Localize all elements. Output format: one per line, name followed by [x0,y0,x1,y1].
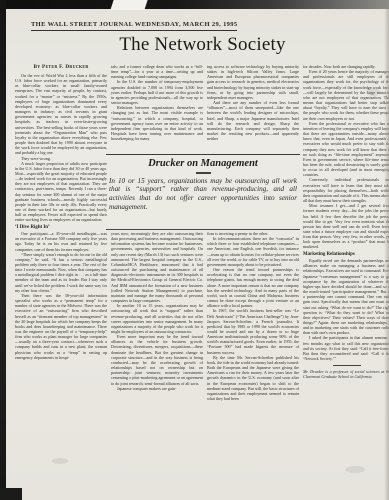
pullquote-text: In 10 or 15 years, organizations may be … [109,177,297,212]
page-edge-shadow-right [384,8,389,500]
paragraph: In another 10 or 15 years, organizations… [111,303,203,334]
masthead: THE WALL STREET JOURNAL WEDNESDAY, MARCH… [31,21,237,31]
column-3-upper: ing access to software technology by buy… [207,64,299,153]
scan-edge-top [0,0,389,9]
paragraph: In telecommunications there are the “con… [207,236,299,267]
scan-corner-bottom-left [0,488,22,500]
scan-smudge [52,458,68,464]
paragraph: ing access to software technology by buy… [207,64,299,100]
paragraph: Conversely, individual professionals and… [303,177,389,203]
paragraph: One reason the trend toward partnerships… [207,267,299,308]
paragraph: And there are any number of even less fo… [207,100,299,141]
subhead-marketing-relationships: Marketing Relationships [303,252,389,257]
byline: By Peter F. Drucker [15,64,107,70]
paragraph: Relations between organizations themselv… [111,105,203,141]
paragraph: Japanese computer makers are gain- [111,386,203,391]
pullquote-box: Drucker on Management In 10 or 15 years,… [106,154,300,230]
column-1: By Peter F. Drucker On the eve of World … [15,64,107,440]
column-4: for decades. Now both are changing rapid… [303,64,389,440]
paragraph: In 1967, the world's business best-selle… [207,308,299,354]
scan-tear-notch [110,0,147,10]
column-2-upper: tals; and a former college dean who work… [111,64,203,153]
column-2-lower: years now; increasingly they are also ou… [111,231,203,438]
paragraph: Most resumes I get—and I get several fro… [303,203,389,249]
article-title: The Network Society [14,34,389,56]
scan-edge-left [0,0,6,500]
scan-smudge [345,466,365,473]
paragraph: years now; increasingly they are also ou… [111,231,203,303]
paragraph: tals; and a former college dean who work… [111,64,203,79]
newspaper-page: THE WALL STREET JOURNAL WEDNESDAY, MARCH… [6,8,389,500]
pullquote-dash-rule [196,172,211,174]
paragraph: A much larger proportion of adults now p… [15,161,107,223]
paragraph: Even the professional or executive who h… [303,121,389,178]
paragraph: Even more important may be the trend tow… [111,334,203,386]
scan-smudge [366,88,380,96]
bio-divider-rule [333,365,361,366]
paragraph: “There simply wasn't enough to do for me… [15,252,107,293]
paragraph: One participant—a 45-year-old metallurgi… [15,231,107,252]
subhead-dive-right-in: ‘I Dive Right In’ [15,225,107,230]
paragraph: Equally novel are the demands partnershi… [303,258,389,335]
author-bio: Mr. Drucker is a professor of social sci… [303,369,389,379]
paragraph: In the U.S. the number of temporary-empl… [111,79,203,105]
paragraph: On the eve of World War I, less than a f… [15,73,107,156]
paragraph: By the time Mr. Servan-Schreiber publish… [207,355,299,401]
paragraph: I asked the participants in that alumni … [303,335,389,361]
paragraph: Then there was the 38-year-old informati… [15,293,107,360]
pullquote-slug: Drucker on Management [106,158,300,169]
column-3-lower: firm is investing a penny in the other. … [207,231,299,438]
